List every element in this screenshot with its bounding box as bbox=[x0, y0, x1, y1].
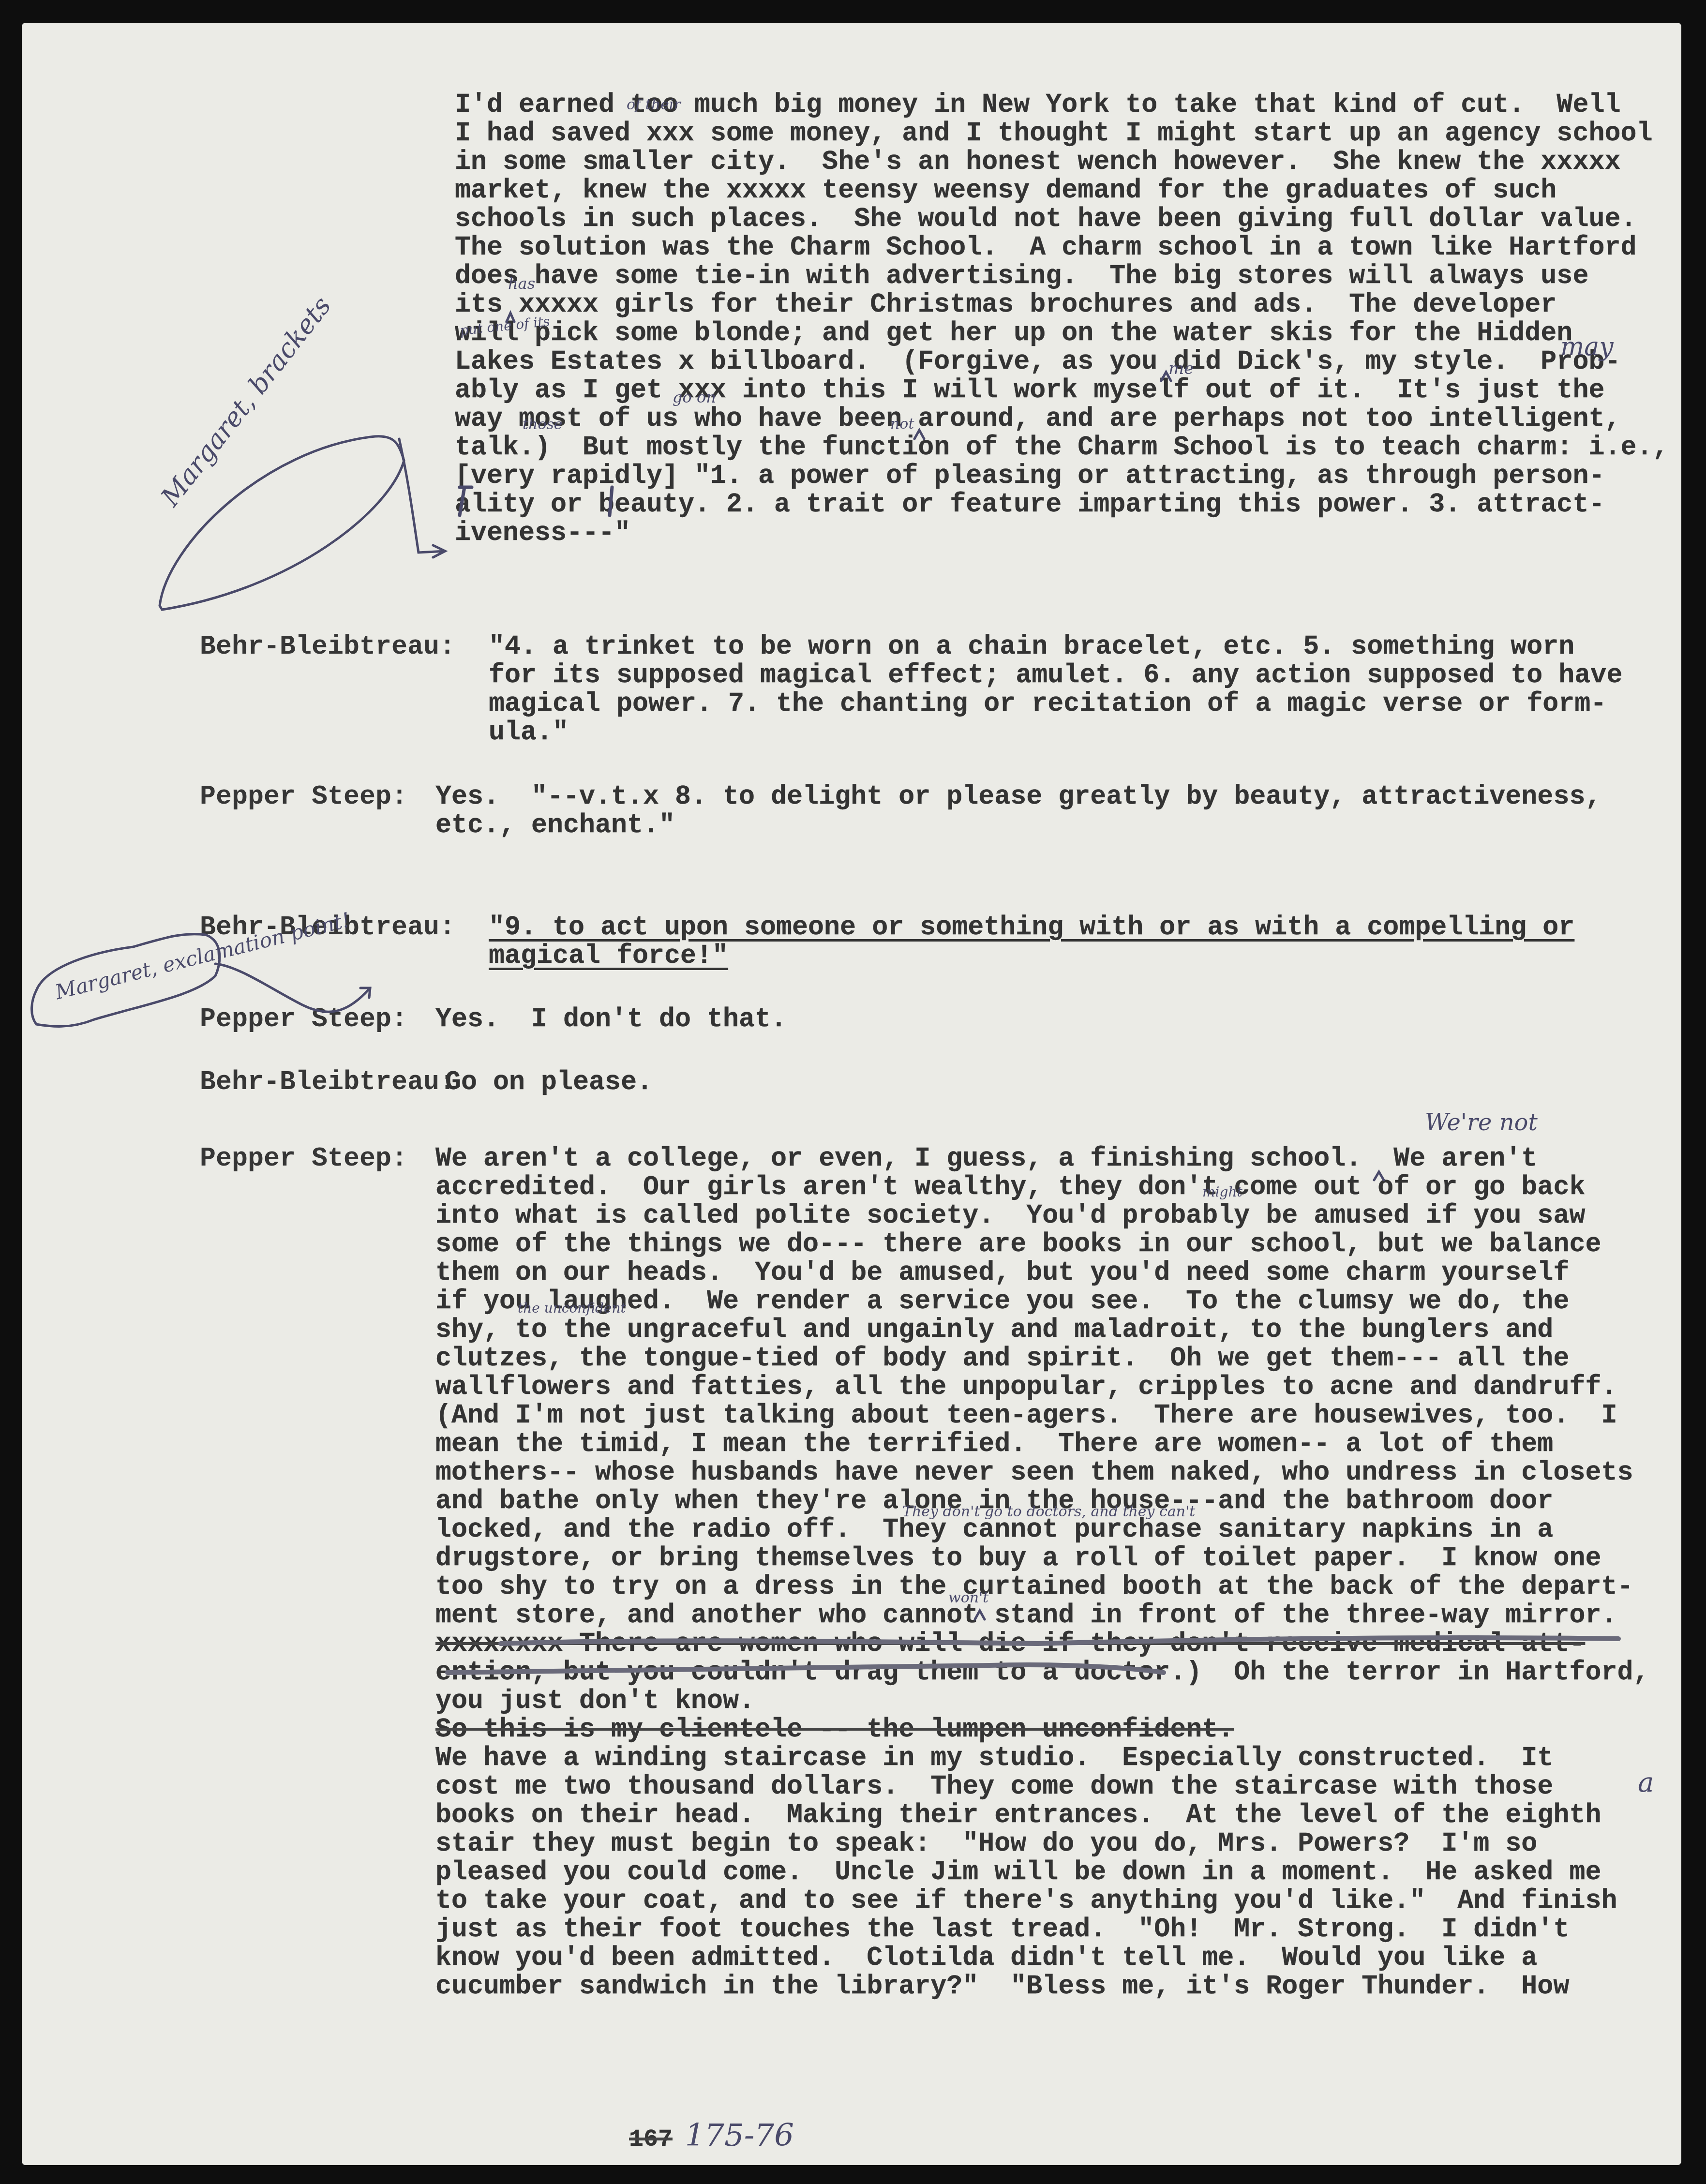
caret-icon bbox=[1161, 372, 1171, 381]
pen-markings bbox=[22, 23, 1681, 2165]
scribble-strike bbox=[448, 1638, 1618, 1673]
caret-icon bbox=[1374, 1172, 1384, 1180]
manuscript-page: I'd earned too much big money in New Yor… bbox=[22, 23, 1681, 2165]
caret-icon bbox=[914, 430, 924, 439]
bracket-icon bbox=[460, 487, 612, 515]
arrow-icon bbox=[215, 964, 370, 1012]
arrow-icon bbox=[399, 439, 445, 557]
annotation-oval bbox=[160, 436, 404, 610]
annotation-cloud bbox=[32, 934, 220, 1027]
caret-icon bbox=[975, 1611, 985, 1619]
caret-icon bbox=[507, 313, 514, 322]
